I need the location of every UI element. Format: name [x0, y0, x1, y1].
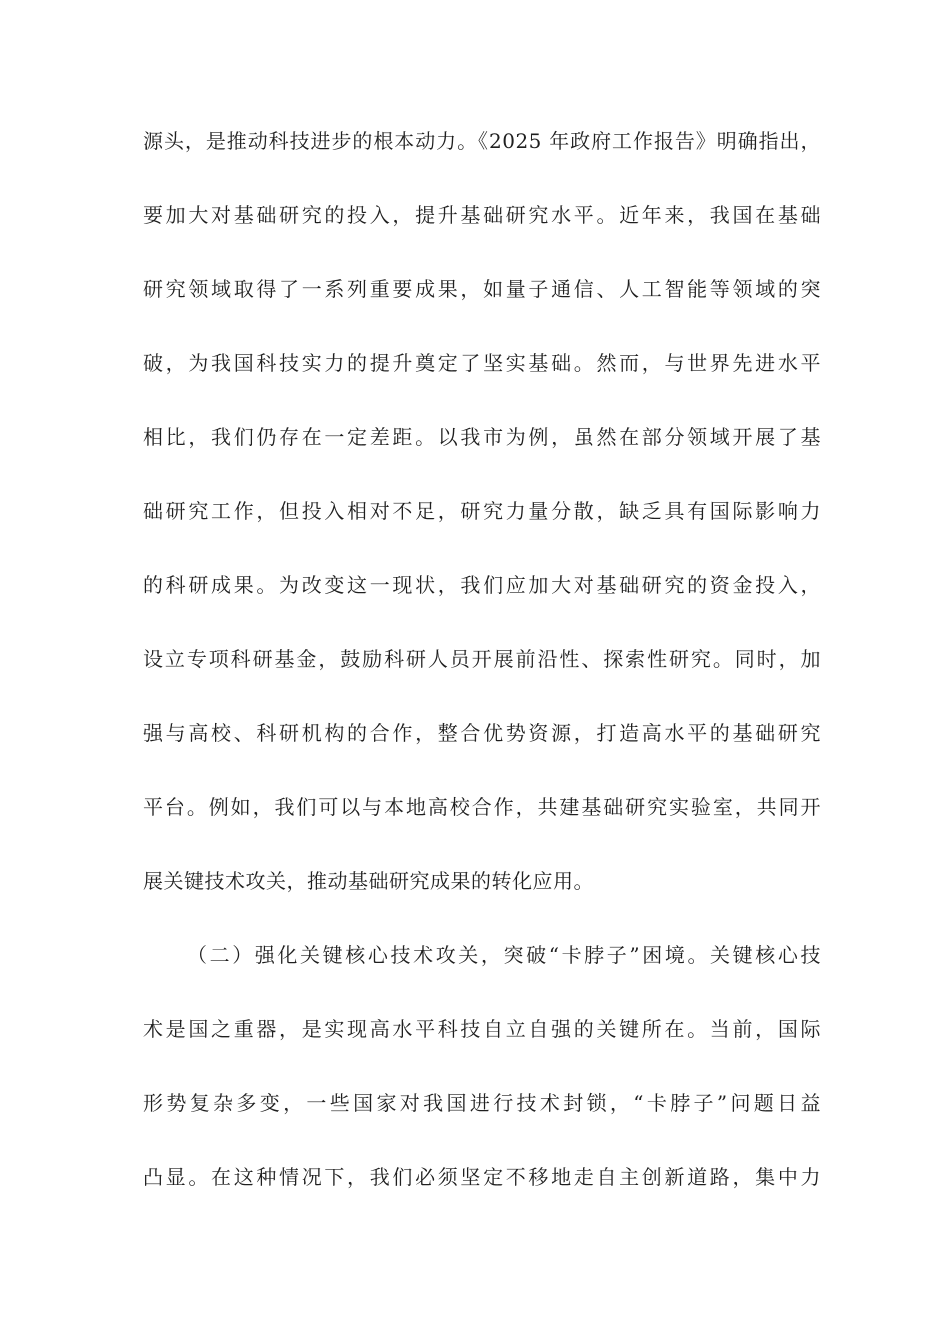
text-line: 设立专项科研基金，鼓励科研人员开展前沿性、探索性研究。同时，加 [143, 622, 821, 696]
text-line-paragraph-start: （二）强化关键核心技术攻关，突破“卡脖子”困境。关键核心技 [143, 918, 821, 992]
text-line-paragraph-end: 展关键技术攻关，推动基础研究成果的转化应用。 [143, 844, 821, 918]
text-line: 强与高校、科研机构的合作，整合优势资源，打造高水平的基础研究 [143, 696, 821, 770]
document-page: 源头，是推动科技进步的根本动力。《2025 年政府工作报告》明确指出， 要加大对… [0, 0, 950, 1344]
text-line: 础研究工作，但投入相对不足，研究力量分散，缺乏具有国际影响力 [143, 474, 821, 548]
text-line: 平台。例如，我们可以与本地高校合作，共建基础研究实验室，共同开 [143, 770, 821, 844]
text-line: 形势复杂多变，一些国家对我国进行技术封锁，“卡脖子”问题日益 [143, 1066, 821, 1140]
text-line: 研究领域取得了一系列重要成果，如量子通信、人工智能等领域的突 [143, 252, 821, 326]
text-line: 相比，我们仍存在一定差距。以我市为例，虽然在部分领域开展了基 [143, 400, 821, 474]
text-line: 凸显。在这种情况下，我们必须坚定不移地走自主创新道路，集中力 [143, 1140, 821, 1214]
text-line: 要加大对基础研究的投入，提升基础研究水平。近年来，我国在基础 [143, 178, 821, 252]
text-line: 的科研成果。为改变这一现状，我们应加大对基础研究的资金投入， [143, 548, 821, 622]
document-text-block: 源头，是推动科技进步的根本动力。《2025 年政府工作报告》明确指出， 要加大对… [143, 104, 821, 1214]
text-line: 破，为我国科技实力的提升奠定了坚实基础。然而，与世界先进水平 [143, 326, 821, 400]
text-line: 源头，是推动科技进步的根本动力。《2025 年政府工作报告》明确指出， [143, 104, 821, 178]
text-line: 术是国之重器，是实现高水平科技自立自强的关键所在。当前，国际 [143, 992, 821, 1066]
